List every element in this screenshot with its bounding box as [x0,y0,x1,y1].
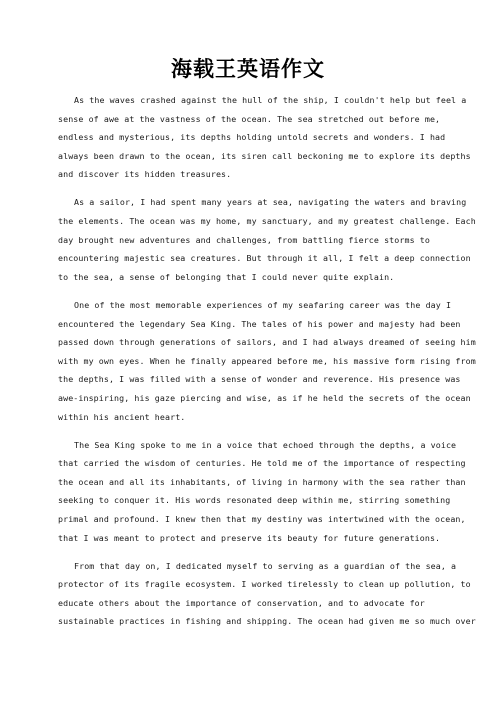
text-line: primal and profound. I knew then that my… [58,510,466,529]
text-line: endless and mysterious, its depths holdi… [58,128,466,147]
text-line: educate others about the importance of c… [58,594,466,613]
text-line: As a sailor, I had spent many years at s… [58,193,466,212]
text-line: that carried the wisdom of centuries. He… [58,454,466,473]
text-line: the elements. The ocean was my home, my … [58,212,466,231]
page-title: 海载王英语作文 [0,0,496,82]
text-line: with my own eyes. When he finally appear… [58,352,466,371]
text-line: passed down through generations of sailo… [58,333,466,352]
text-line: to the sea, a sense of belonging that I … [58,268,466,287]
text-line: One of the most memorable experiences of… [58,296,466,315]
text-line: day brought new adventures and challenge… [58,231,466,250]
text-line: encountering majestic sea creatures. But… [58,249,466,268]
text-line: sense of awe at the vastness of the ocea… [58,110,466,129]
text-line: seeking to conquer it. His words resonat… [58,491,466,510]
paragraph: As the waves crashed against the hull of… [58,91,466,184]
text-line: and discover its hidden treasures. [58,165,466,184]
text-line: awe-inspiring, his gaze piercing and wis… [58,389,466,408]
text-line: encountered the legendary Sea King. The … [58,315,466,334]
text-line: the depths, I was filled with a sense of… [58,370,466,389]
paragraph: As a sailor, I had spent many years at s… [58,193,466,286]
text-line: the ocean and all its inhabitants, of li… [58,473,466,492]
paragraph: The Sea King spoke to me in a voice that… [58,436,466,548]
paragraph: One of the most memorable experiences of… [58,296,466,426]
essay-body: As the waves crashed against the hull of… [58,91,466,631]
paragraph: From that day on, I dedicated myself to … [58,557,466,631]
text-line: protector of its fragile ecosystem. I wo… [58,575,466,594]
text-line: always been drawn to the ocean, its sire… [58,147,466,166]
text-line: sustainable practices in fishing and shi… [58,612,466,631]
text-line: that I was meant to protect and preserve… [58,529,466,548]
document-page: 海载王英语作文 As the waves crashed against the… [0,0,496,702]
text-line: The Sea King spoke to me in a voice that… [58,436,466,455]
text-line: within his ancient heart. [58,408,466,427]
text-line: As the waves crashed against the hull of… [58,91,466,110]
text-line: From that day on, I dedicated myself to … [58,557,466,576]
